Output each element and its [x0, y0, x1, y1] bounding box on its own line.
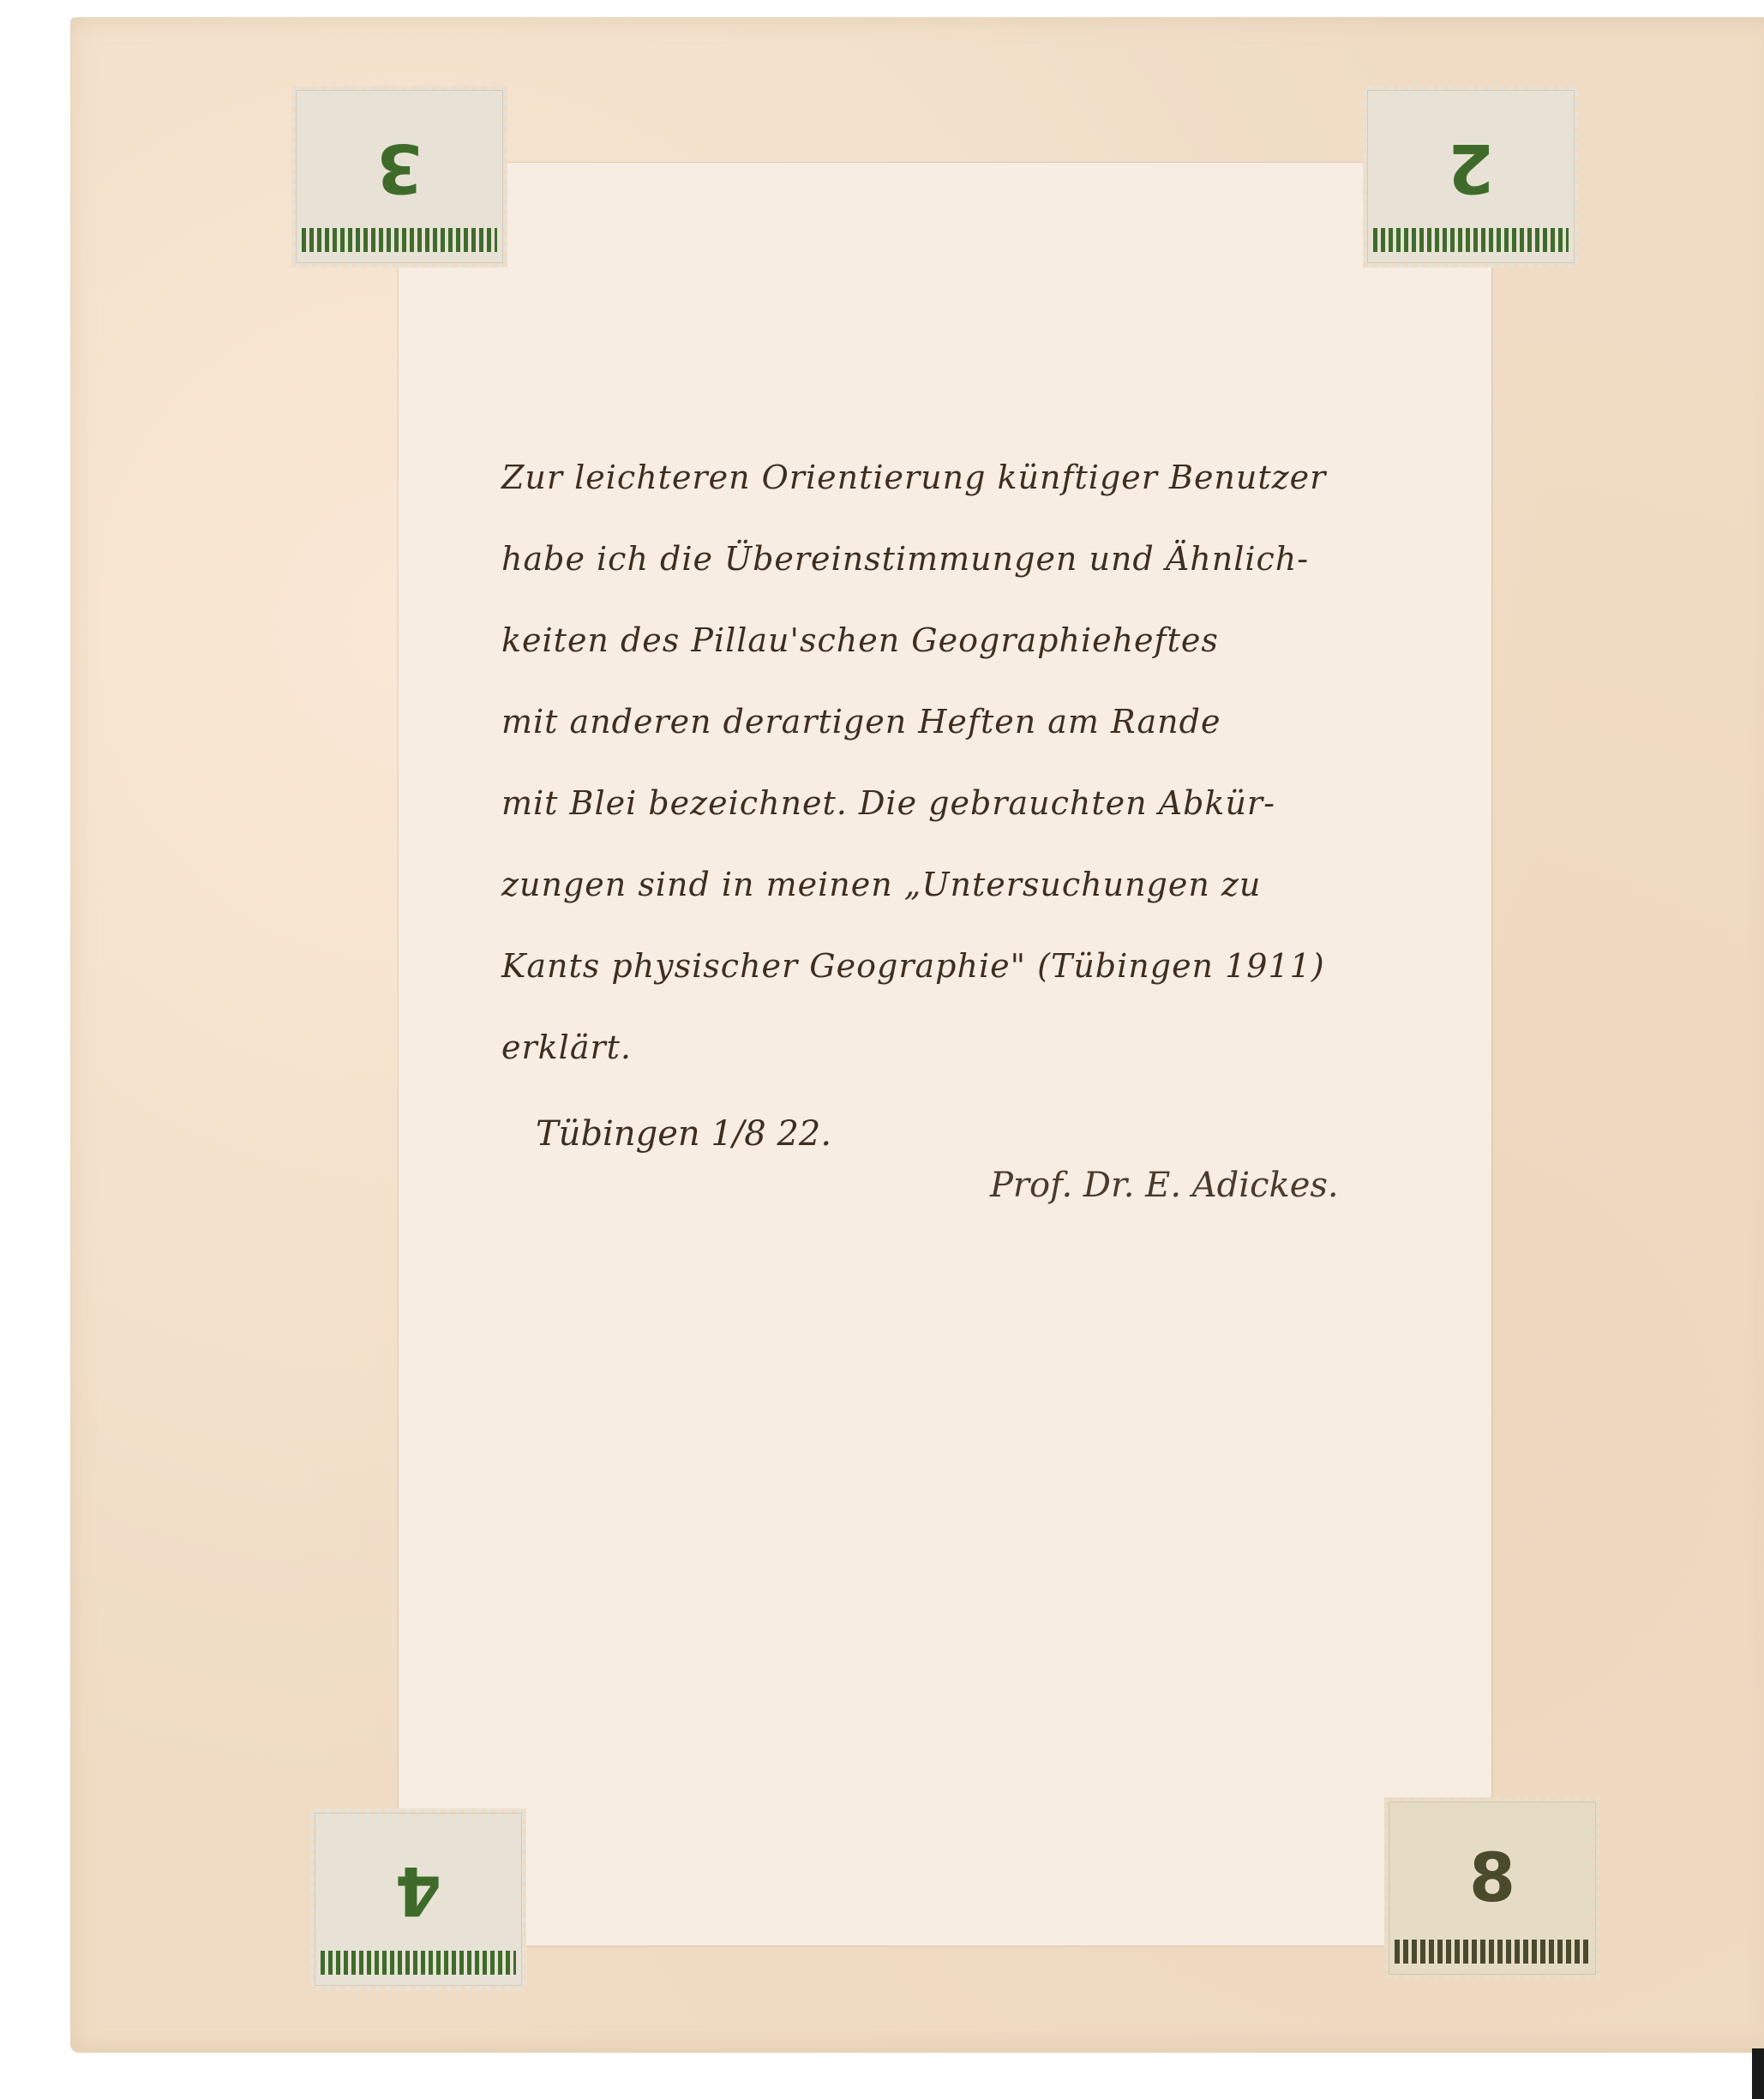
stamp-hinge-bottom-right: 8 [1384, 1797, 1600, 1979]
note-line: mit anderen derartigen Heften am Rande [501, 681, 1427, 763]
stamp-bar-strip [302, 228, 497, 252]
stamp-numeral: 4 [315, 1856, 521, 1923]
note-line: mit Blei bezeichnet. Die gebrauchten Abk… [501, 763, 1427, 844]
note-line: keiten des Pillau'schen Geographieheftes [501, 600, 1427, 681]
note-line: Kants physischer Geographie" (Tübingen 1… [501, 926, 1427, 1007]
note-line: erklärt. [501, 1007, 1427, 1088]
stamp-bar-strip [1373, 228, 1569, 252]
note-line: zungen sind in meinen „Untersuchungen zu [501, 844, 1427, 926]
handwritten-note: Zur leichteren Orientierung künftiger Be… [399, 163, 1491, 1946]
stamp-numeral: 2 [1368, 134, 1574, 201]
stamp-hinge-top-right: 2 [1363, 86, 1579, 267]
board-shadow-edge [1752, 2048, 1764, 2099]
note-line: habe ich die Übereinstimmungen und Ähnli… [501, 519, 1427, 600]
stamp-numeral: 3 [297, 134, 502, 201]
stamp-numeral: 8 [1389, 1845, 1595, 1912]
note-body: Zur leichteren Orientierung künftiger Be… [501, 437, 1427, 1088]
stamp-bar-strip [321, 1951, 516, 1975]
signature: Prof. Dr. E. Adickes. [990, 1166, 1339, 1205]
note-line: Zur leichteren Orientierung künftiger Be… [501, 437, 1427, 519]
stamp-hinge-bottom-left: 4 [310, 1808, 526, 1990]
place-date: Tübingen 1/8 22. [536, 1114, 831, 1154]
stamp-bar-strip [1395, 1940, 1590, 1964]
stamp-hinge-top-left: 3 [291, 86, 507, 267]
